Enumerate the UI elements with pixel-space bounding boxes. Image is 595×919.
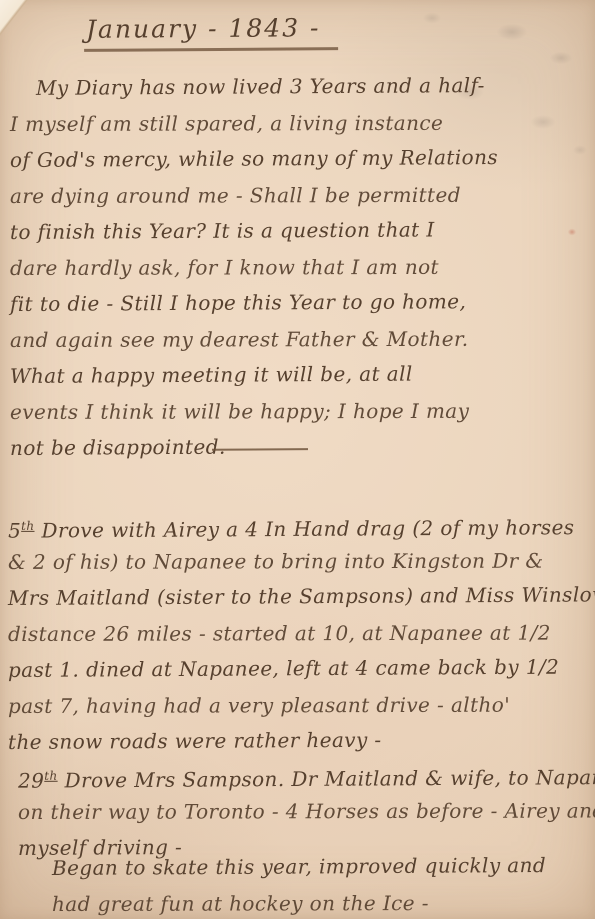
- diary-line: Mrs Maitland (sister to the Sampsons) an…: [8, 576, 595, 616]
- underline-flourish: [212, 448, 308, 451]
- diary-line: had great fun at hockey on the Ice -: [52, 885, 595, 919]
- page-title: January - 1843 -: [84, 13, 339, 52]
- page-title-row: January - 1843 -: [84, 14, 338, 51]
- diary-page: January - 1843 - My Diary has now lived …: [0, 0, 595, 919]
- diary-line: events I think it will be happy; I hope …: [10, 392, 595, 430]
- diary-line: are dying around me - Shall I be permitt…: [10, 176, 595, 214]
- diary-line-text: not be disappointed.: [10, 435, 226, 460]
- entry-day-number: 29: [18, 768, 44, 792]
- diary-line: I myself am still spared, a living insta…: [10, 104, 595, 142]
- entry-day-suffix: th: [44, 769, 57, 783]
- diary-line: to finish this Year? It is a question th…: [10, 210, 595, 250]
- diary-line: 29thDrove Mrs Sampson. Dr Maitland & wif…: [18, 754, 595, 794]
- intro-paragraph: My Diary has now lived 3 Years and a hal…: [10, 70, 595, 466]
- diary-line: not be disappointed.: [10, 426, 595, 466]
- diary-line: 5thDrove with Airey a 4 In Hand drag (2 …: [8, 504, 595, 544]
- diary-line: Began to skate this year, improved quick…: [52, 847, 595, 886]
- diary-line: of God's mercy, while so many of my Rela…: [10, 138, 595, 178]
- diary-line: on their way to Toronto - 4 Horses as be…: [18, 792, 595, 830]
- diary-line: distance 26 miles - started at 10, at Na…: [8, 614, 595, 652]
- diary-line: dare hardly ask, for I know that I am no…: [10, 248, 595, 286]
- diary-line: & 2 of his) to Napanee to bring into Kin…: [8, 542, 595, 580]
- diary-line: My Diary has now lived 3 Years and a hal…: [10, 66, 595, 106]
- closing-paragraph: Began to skate this year, improved quick…: [52, 850, 595, 919]
- diary-line: past 7, having had a very pleasant drive…: [8, 686, 595, 724]
- diary-line: fit to die - Still I hope this Year to g…: [10, 282, 595, 322]
- diary-line: What a happy meeting it will be, at all: [10, 354, 595, 394]
- entry-day-suffix: th: [21, 519, 34, 533]
- diary-line-text: Drove Mrs Sampson. Dr Maitland & wife, t…: [65, 765, 595, 792]
- torn-corner: [0, 0, 48, 56]
- diary-line: and again see my dearest Father & Mother…: [10, 320, 595, 358]
- diary-line: past 1. dined at Napanee, left at 4 came…: [8, 648, 595, 688]
- entry-day-number: 5: [8, 519, 21, 543]
- diary-line-text: Drove with Airey a 4 In Hand drag (2 of …: [41, 515, 574, 542]
- entry-5th: 5thDrove with Airey a 4 In Hand drag (2 …: [8, 508, 595, 760]
